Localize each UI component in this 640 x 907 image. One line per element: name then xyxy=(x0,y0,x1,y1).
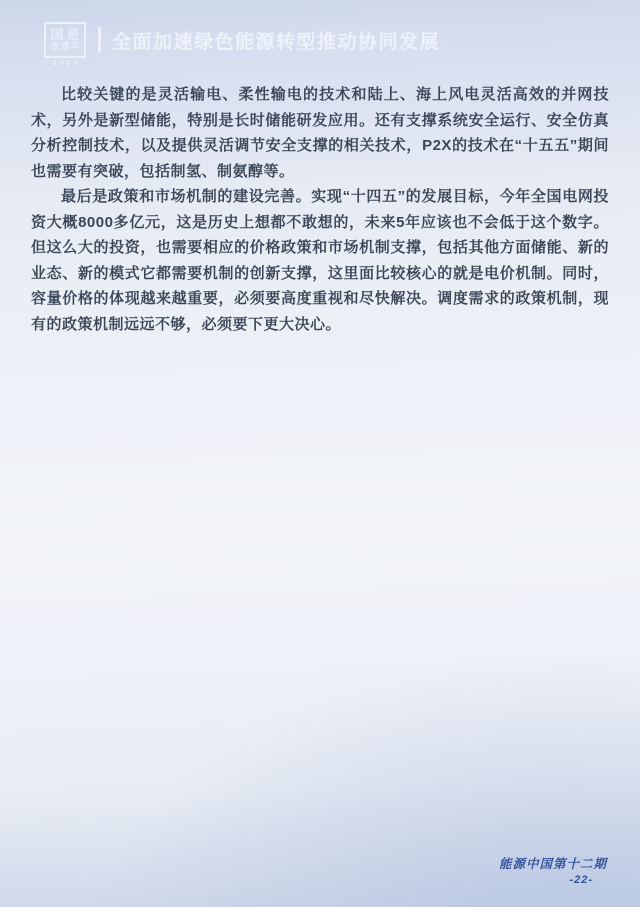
paragraph: 最后是政策和市场机制的建设完善。实现“十四五”的发展目标，今年全国电网投资大概8… xyxy=(31,184,609,337)
page-header: 国是 直通车 2025 全面加速绿色能源转型推动协同发展 xyxy=(44,22,440,67)
page-number: -22- xyxy=(499,874,593,886)
document-page: 国是 直通车 2025 全面加速绿色能源转型推动协同发展 比较关键的是灵活输电、… xyxy=(0,0,640,907)
guoshi-logo: 国是 直通车 2025 xyxy=(44,22,86,67)
logo-year: 2025 xyxy=(50,60,81,67)
page-footer: 能源中国第十二期 -22- xyxy=(499,854,607,886)
journal-issue-label: 能源中国第十二期 xyxy=(499,854,607,872)
logo-text-bottom: 直通车 xyxy=(49,42,80,51)
paragraph: 比较关键的是灵活输电、柔性输电的技术和陆上、海上风电灵活高效的并网技术，另外是新… xyxy=(31,82,609,184)
header-divider xyxy=(98,27,101,52)
page-title: 全面加速绿色能源转型推动协同发展 xyxy=(112,27,440,54)
guoshi-logo-box: 国是 直通车 xyxy=(44,22,86,58)
article-body: 比较关键的是灵活输电、柔性输电的技术和陆上、海上风电灵活高效的并网技术，另外是新… xyxy=(31,82,609,337)
